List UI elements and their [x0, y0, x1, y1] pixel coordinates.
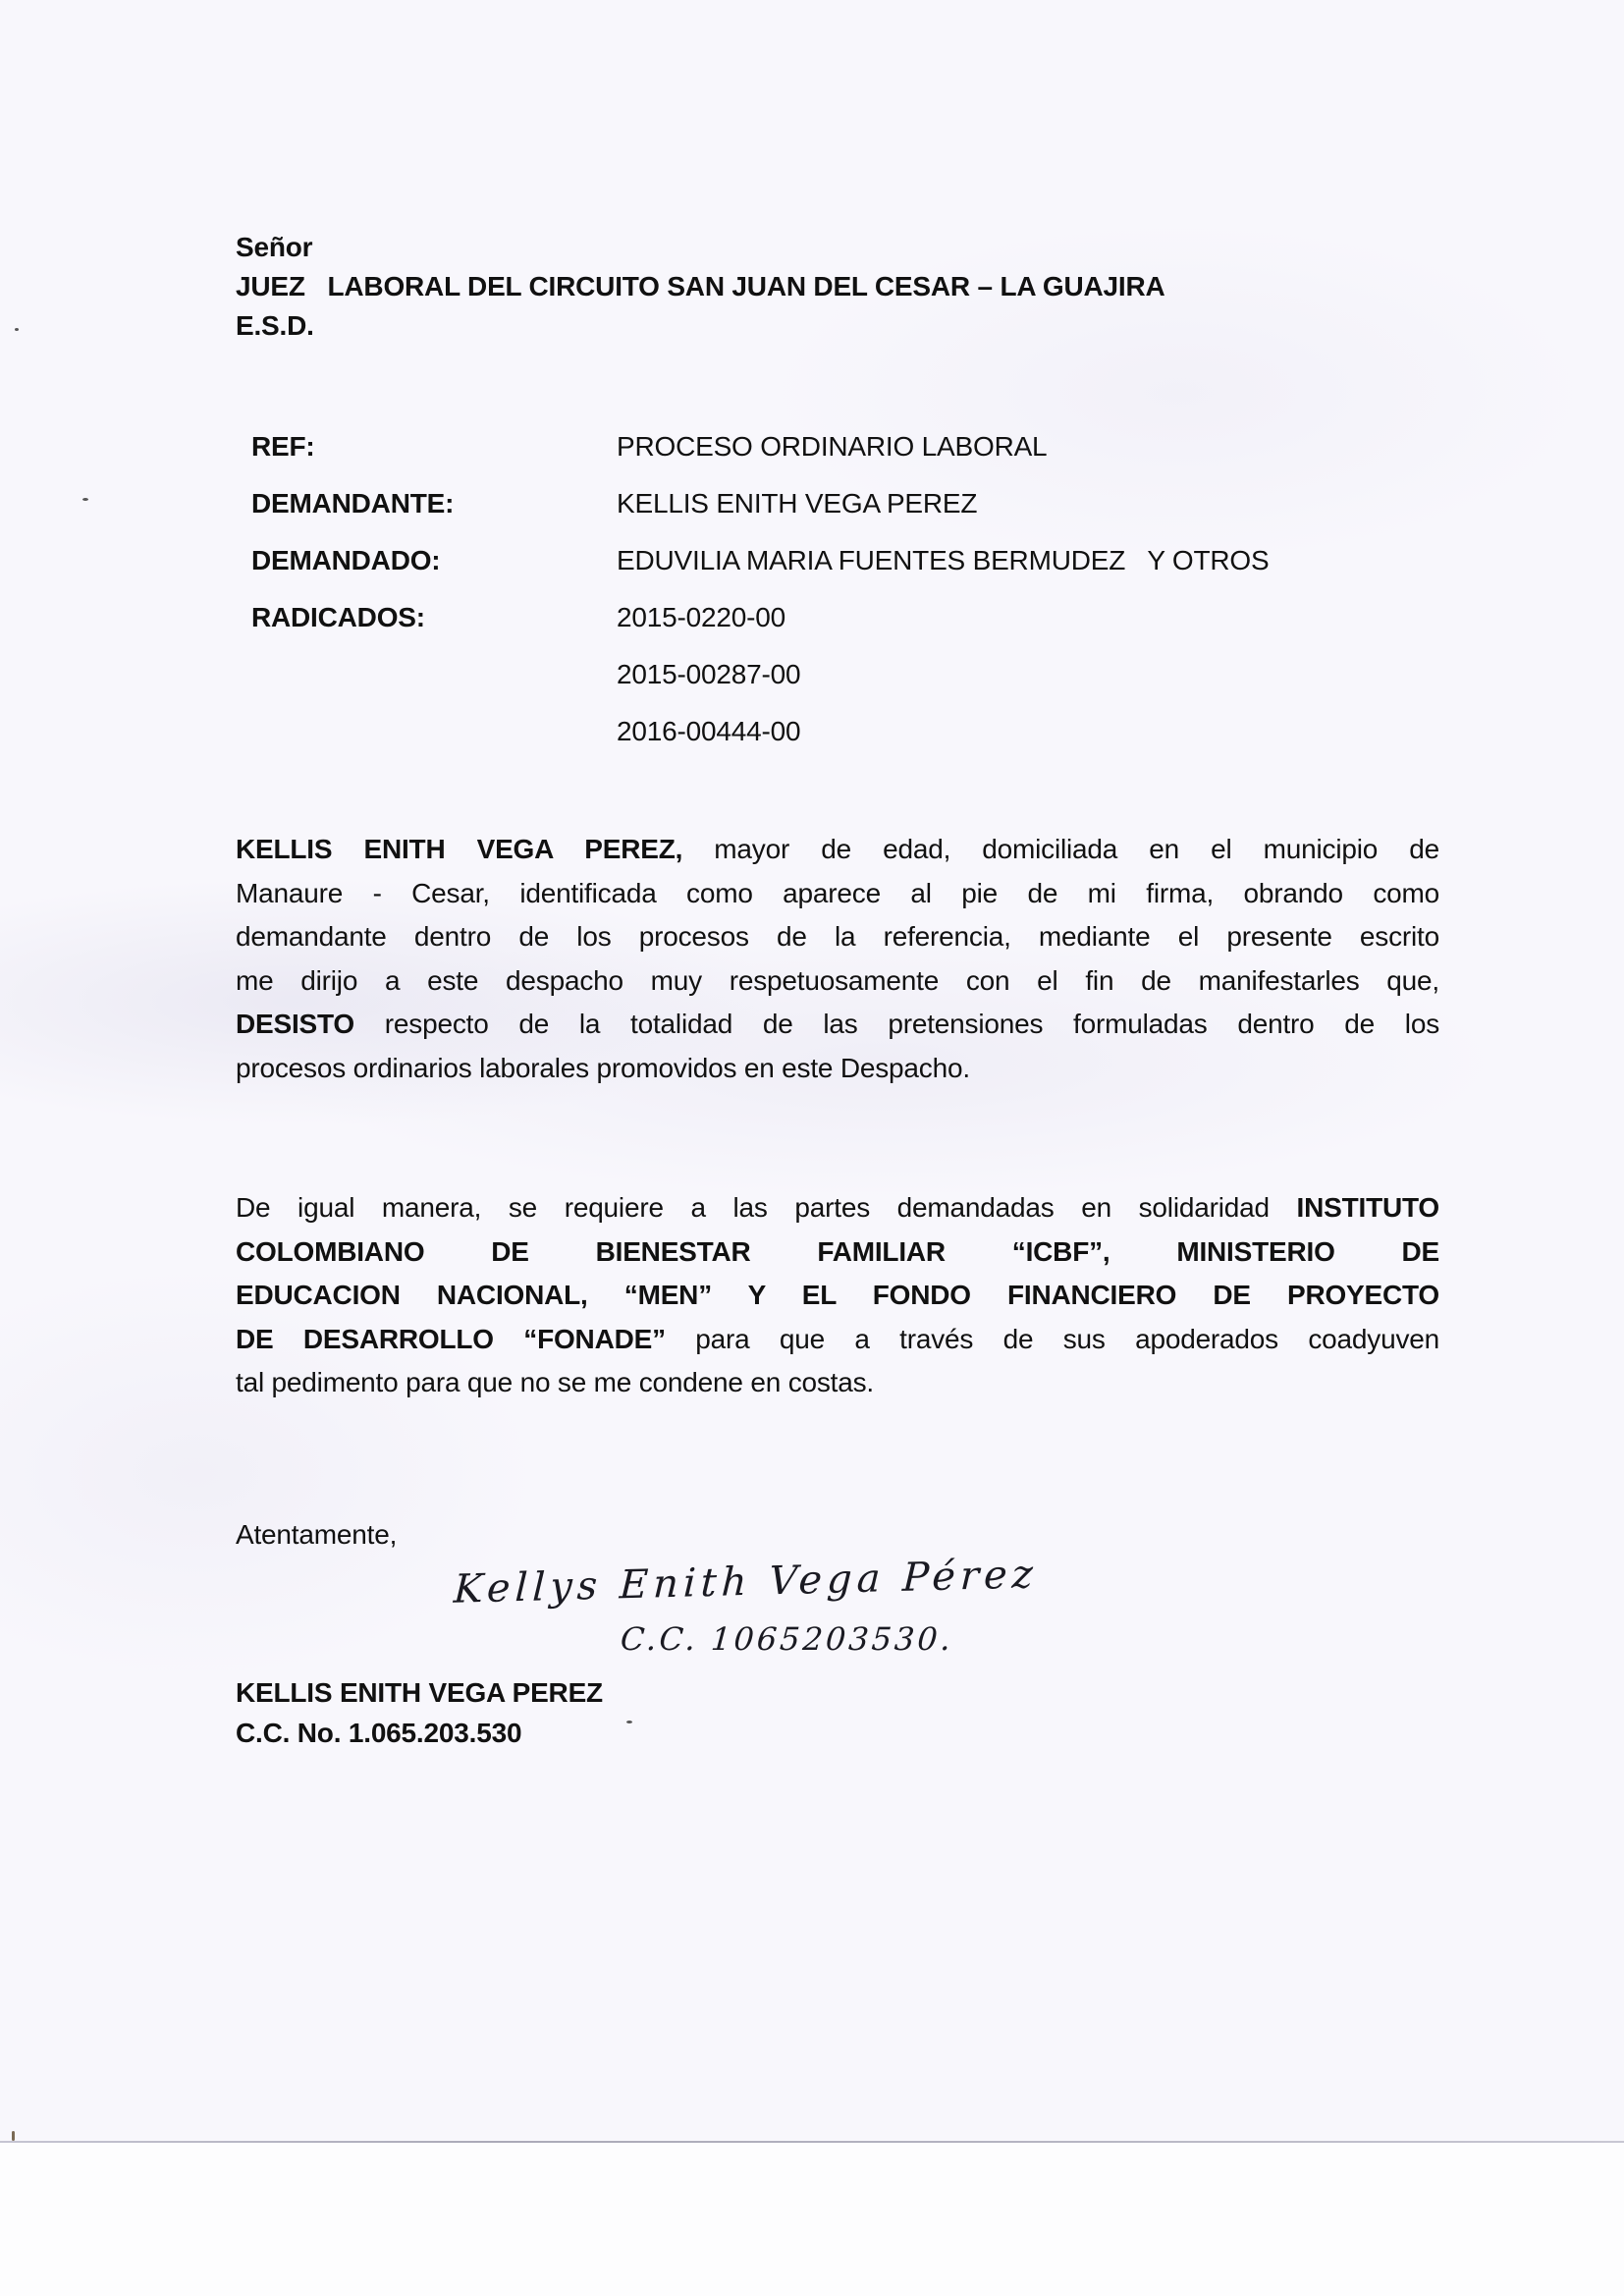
demandado-label: DEMANDADO:	[251, 547, 440, 574]
paragraph-line: EDUCACION NACIONAL, “MEN” Y EL FONDO FIN…	[236, 1274, 1439, 1318]
radicados-label: RADICADOS:	[251, 604, 425, 631]
esd-abbreviation: E.S.D.	[236, 312, 314, 340]
paragraph-line: De igual manera, se requiere a las parte…	[236, 1186, 1439, 1230]
ref-value: PROCESO ORDINARIO LABORAL	[617, 433, 1047, 461]
paragraph-desistimiento: KELLIS ENITH VEGA PEREZ, mayor de edad, …	[236, 828, 1439, 1090]
paragraph-line: KELLIS ENITH VEGA PEREZ, mayor de edad, …	[236, 828, 1439, 872]
paragraph-line: demandante dentro de los procesos de la …	[236, 915, 1439, 959]
demandante-value: KELLIS ENITH VEGA PEREZ	[617, 490, 977, 518]
scan-speck	[12, 2131, 15, 2141]
scan-speck	[626, 1721, 632, 1723]
paragraph-line: DE DESARROLLO “FONADE” para que a través…	[236, 1318, 1439, 1362]
paragraph-line: procesos ordinarios laborales promovidos…	[236, 1047, 1439, 1091]
signer-name: KELLIS ENITH VEGA PEREZ	[236, 1679, 603, 1707]
demandante-label: DEMANDANTE:	[251, 490, 454, 518]
paragraph-line: DESISTO respecto de la totalidad de las …	[236, 1003, 1439, 1047]
paragraph-line: tal pedimento para que no se me condene …	[236, 1361, 1439, 1405]
paper-background	[0, 0, 1624, 2296]
radicado-3: 2016-00444-00	[617, 718, 800, 745]
scan-speck	[15, 328, 19, 331]
radicado-2: 2015-00287-00	[617, 661, 800, 688]
signer-id: C.C. No. 1.065.203.530	[236, 1720, 521, 1747]
addressee: JUEZ LABORAL DEL CIRCUITO SAN JUAN DEL C…	[236, 273, 1165, 301]
ref-label: REF:	[251, 433, 315, 461]
paragraph-requerimiento: De igual manera, se requiere a las parte…	[236, 1186, 1439, 1405]
valediction: Atentamente,	[236, 1521, 397, 1549]
handwritten-signature: Kellys Enith Vega Pérez	[453, 1552, 1039, 1613]
salutation: Señor	[236, 234, 312, 261]
handwritten-id-number: C.C. 1065203530.	[620, 1620, 955, 1658]
radicado-1: 2015-0220-00	[617, 604, 785, 631]
paragraph-line: Manaure - Cesar, identificada como apare…	[236, 872, 1439, 916]
paragraph-line: COLOMBIANO DE BIENESTAR FAMILIAR “ICBF”,…	[236, 1230, 1439, 1275]
scan-margin	[0, 2143, 1624, 2296]
scan-speck	[82, 498, 88, 501]
demandado-value: EDUVILIA MARIA FUENTES BERMUDEZ Y OTROS	[617, 547, 1269, 574]
paragraph-line: me dirijo a este despacho muy respetuosa…	[236, 959, 1439, 1004]
